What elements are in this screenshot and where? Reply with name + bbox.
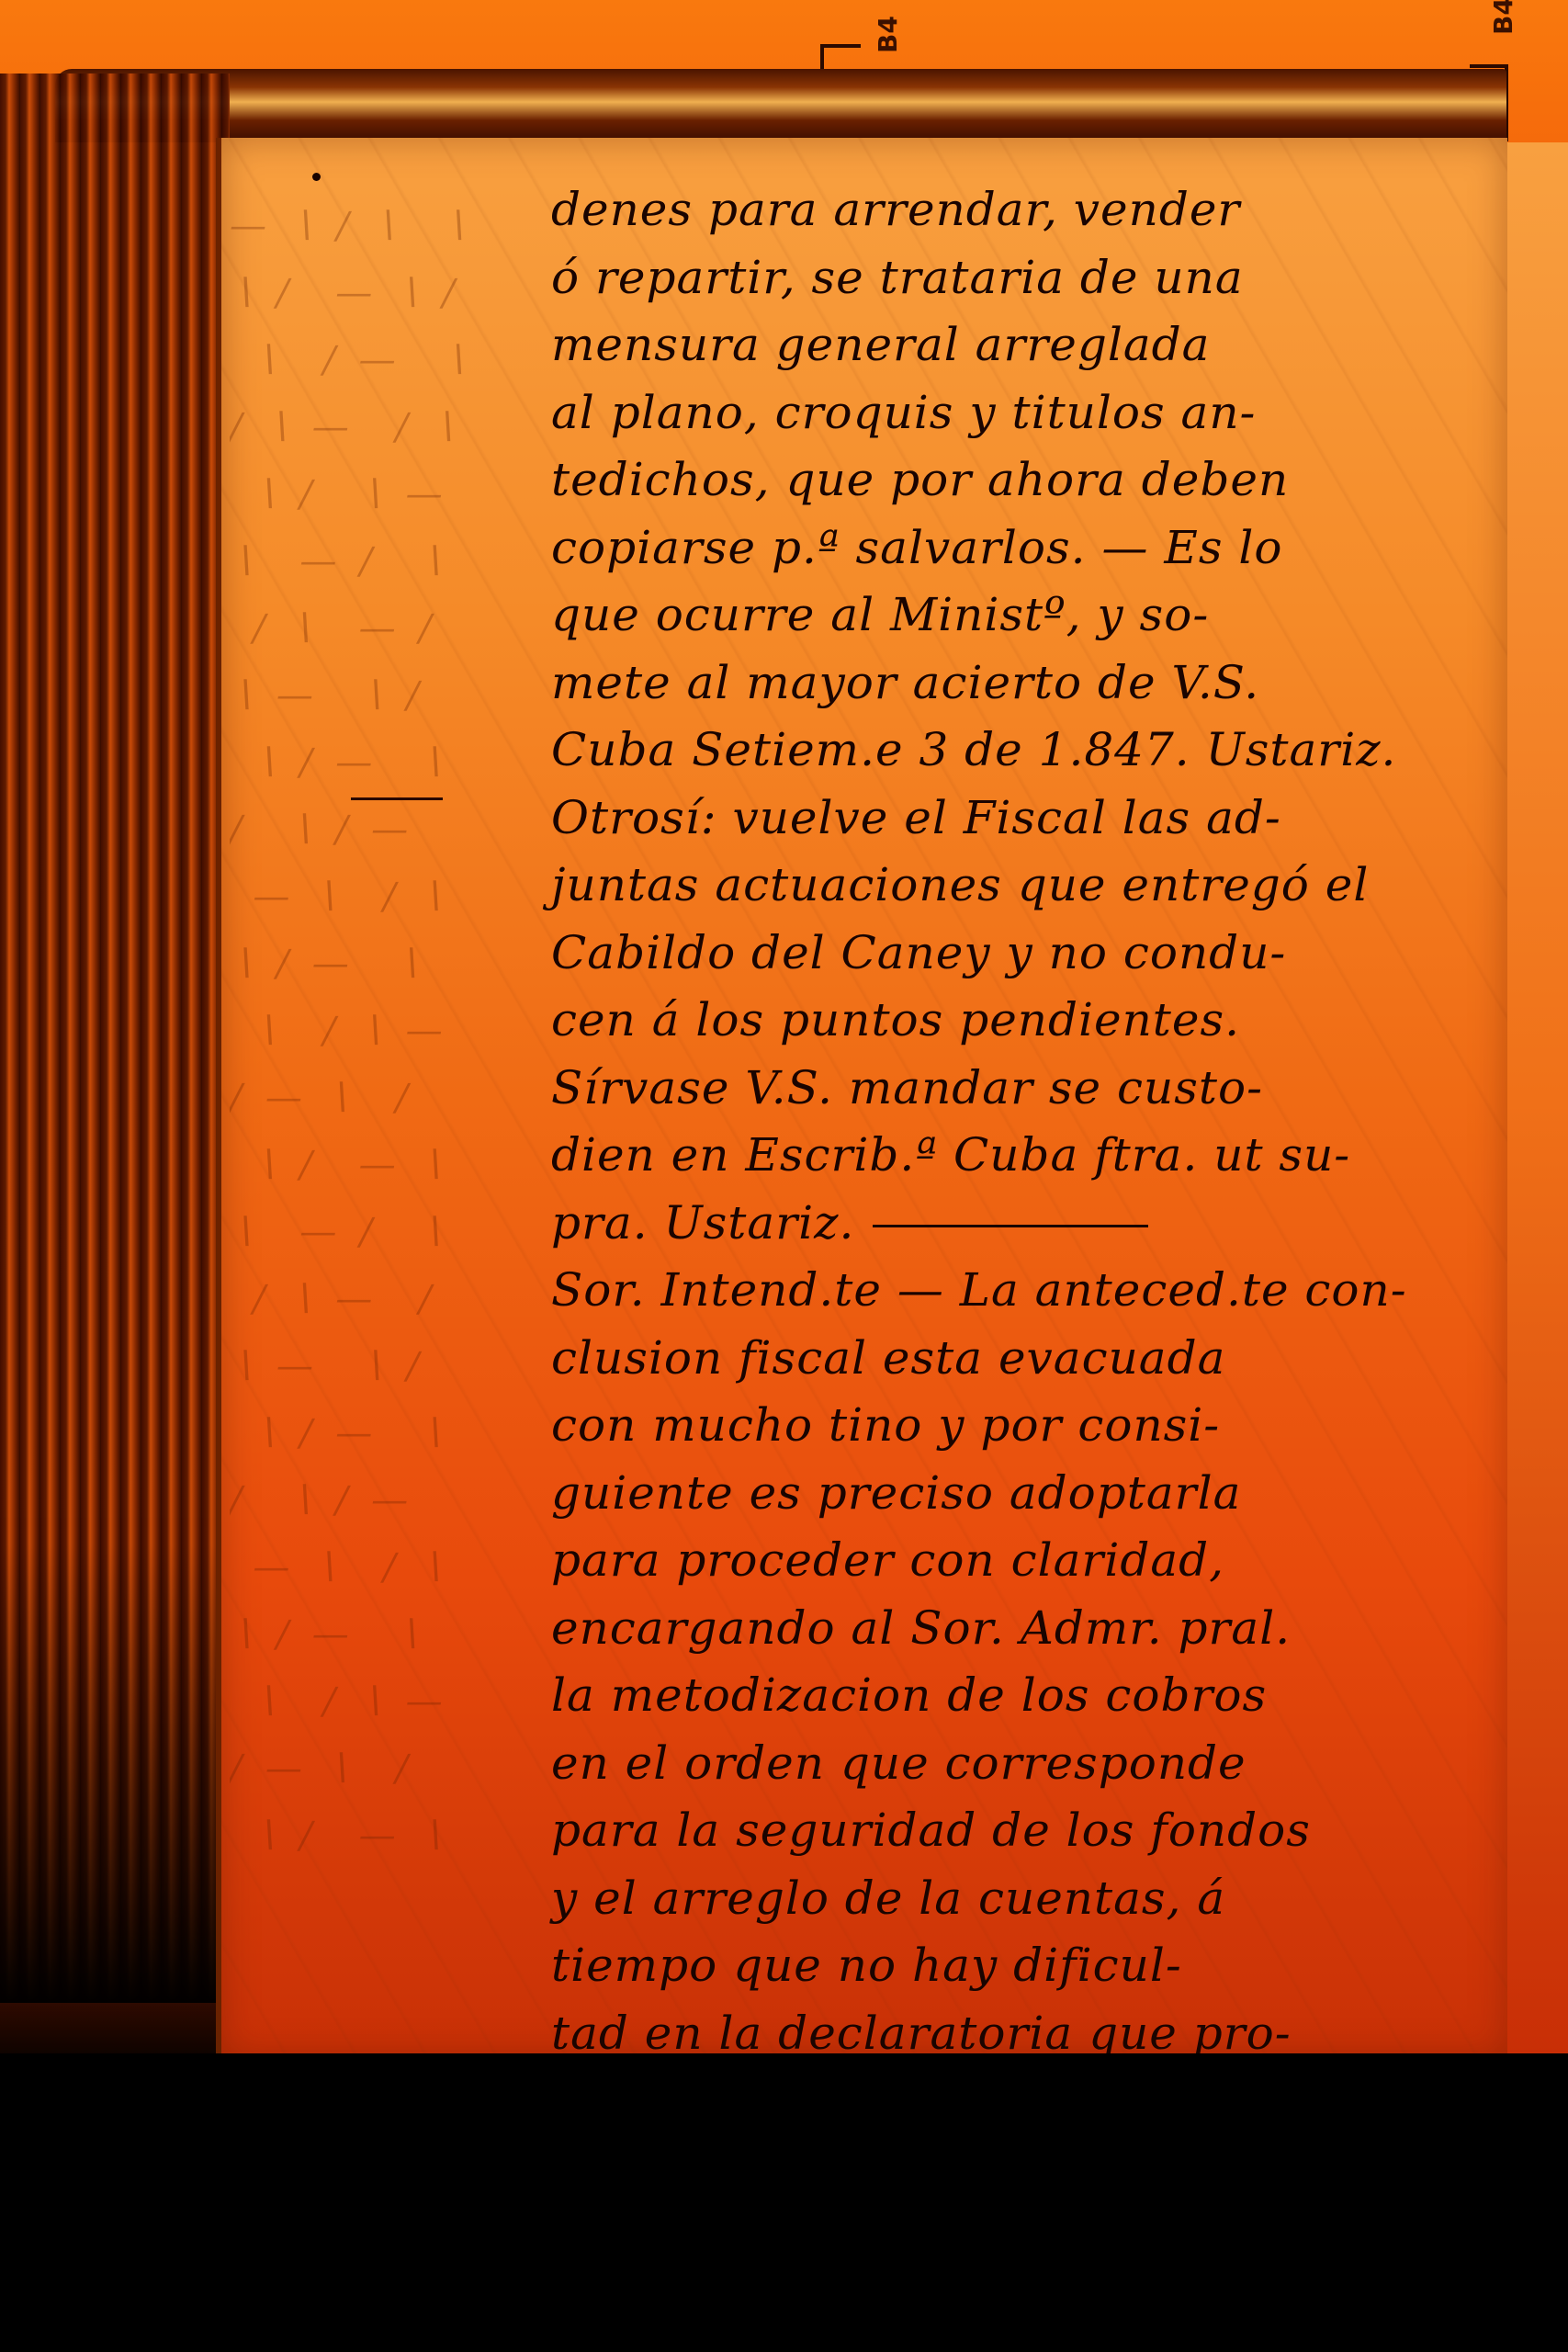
text-line: tiempo que no hay dificul- bbox=[551, 1932, 1479, 2000]
horizontal-rule bbox=[873, 1225, 1148, 1227]
book-spine-page-stack bbox=[0, 73, 230, 2003]
text-line: con mucho tino y por consi- bbox=[551, 1392, 1479, 1460]
text-line: copiarse p.ª salvarlos. — Es lo bbox=[551, 514, 1479, 582]
signature-text: pra. Ustariz. bbox=[551, 1196, 854, 1249]
margin-dash-mark bbox=[351, 797, 443, 800]
signature-line: Cuba Setiem.e 3 de 1.847. Ustariz. bbox=[551, 717, 1479, 785]
text-line: ó repartir, se trataria de una bbox=[551, 244, 1479, 312]
text-line: denes para arrendar, vender bbox=[551, 176, 1479, 244]
text-line: tedichos, que por ahora deben bbox=[551, 447, 1479, 514]
crop-label-top-left: B4 bbox=[873, 16, 903, 53]
text-line: Sor. Intend.te — La anteced.te con- bbox=[551, 1257, 1479, 1325]
text-line: y el arreglo de la cuentas, á bbox=[551, 1865, 1479, 1933]
text-line: en el orden que corresponde bbox=[551, 1730, 1479, 1798]
book-top-edge bbox=[55, 69, 1506, 142]
crop-label-top-right: B4 bbox=[1488, 0, 1518, 35]
dark-background bbox=[0, 2053, 1568, 2352]
text-line: juntas actuaciones que entregó el bbox=[551, 852, 1479, 920]
next-page-edge bbox=[1502, 142, 1568, 2058]
text-line: para proceder con claridad, bbox=[551, 1527, 1479, 1595]
text-line: guiente es preciso adoptarla bbox=[551, 1460, 1479, 1528]
text-line: encargando al Sor. Admr. pral. bbox=[551, 1595, 1479, 1663]
text-line: Otrosí: vuelve el Fiscal las ad- bbox=[551, 785, 1479, 853]
handwritten-text-block: denes para arrendar, vender ó repartir, … bbox=[551, 176, 1479, 2067]
text-line: Sírvase V.S. mandar se custo- bbox=[551, 1055, 1479, 1123]
signature-line: pra. Ustariz. bbox=[551, 1190, 1479, 1258]
ink-bleed-through: — ∖ ∕ ∖ ∖ ∖ ∕ — ∖ ∕ ∖ ∕ — ∖ ∕ ∖ — ∕ ∖ ∖ … bbox=[230, 193, 533, 1920]
text-line: para la seguridad de los fondos bbox=[551, 1797, 1479, 1865]
text-line: al plano, croquis y titulos an- bbox=[551, 379, 1479, 447]
ink-blot bbox=[312, 173, 321, 181]
text-line: Cabildo del Caney y no condu- bbox=[551, 920, 1479, 988]
text-line: clusion fiscal esta evacuada bbox=[551, 1325, 1479, 1393]
text-line: dien en Escrib.ª Cuba ftra. ut su- bbox=[551, 1122, 1479, 1190]
text-line: la metodizacion de los cobros bbox=[551, 1662, 1479, 1730]
text-line: mensura general arreglada bbox=[551, 311, 1479, 379]
text-line: cen á los puntos pendientes. bbox=[551, 987, 1479, 1055]
text-line: que ocurre al Ministº, y so- bbox=[551, 582, 1479, 650]
text-line: mete al mayor acierto de V.S. bbox=[551, 650, 1479, 718]
